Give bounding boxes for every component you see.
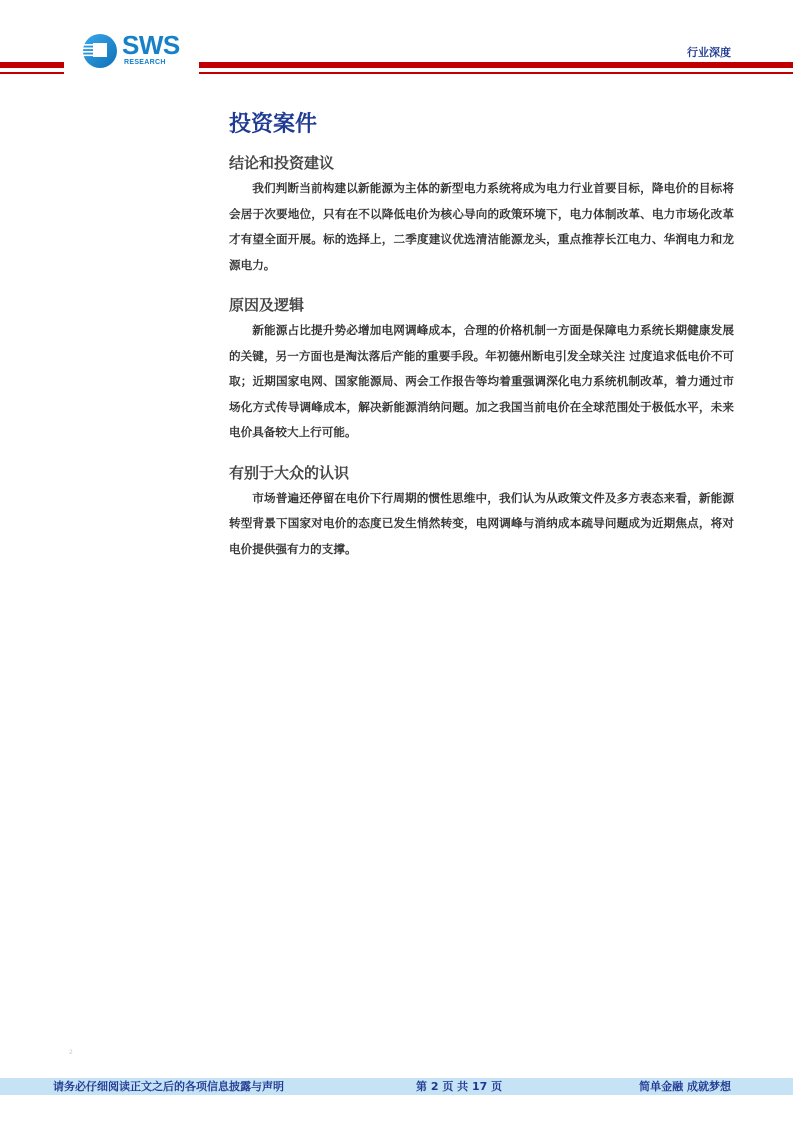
footer-disclaimer: 请务必仔细阅读正文之后的各项信息披露与声明 <box>53 1080 284 1094</box>
logo-subtitle: RESEARCH <box>124 59 166 66</box>
section-title-contrarian-view: 有别于大众的认识 <box>229 460 734 486</box>
report-category-tag: 行业深度 <box>687 44 731 60</box>
page-title: 投资案件 <box>229 108 734 142</box>
header-rule-left-thin <box>0 72 64 74</box>
footer-page-info: 第 2 页 共 17 页 <box>416 1080 502 1094</box>
section-title-conclusion: 结论和投资建议 <box>229 150 734 176</box>
section-title-reasoning: 原因及逻辑 <box>229 292 734 318</box>
footer-slogan: 简单金融 成就梦想 <box>639 1080 731 1094</box>
header-rule-right-thick <box>199 62 793 68</box>
main-content: 投资案件 结论和投资建议 我们判断当前构建以新能源为主体的新型电力系统将成为电力… <box>229 108 734 562</box>
header-rule-left-thick <box>0 62 64 68</box>
section-body-reasoning: 新能源占比提升势必增加电网调峰成本，合理的价格机制一方面是保障电力系统长期健康发… <box>229 318 734 446</box>
section-body-contrarian-view: 市场普遍还停留在电价下行周期的惯性思维中，我们认为从政策文件及多方表态来看，新能… <box>229 486 734 563</box>
header-rule-right-thin <box>199 72 793 74</box>
sws-logo-icon <box>82 33 118 69</box>
section-body-conclusion: 我们判断当前构建以新能源为主体的新型电力系统将成为电力行业首要目标，降电价的目标… <box>229 176 734 278</box>
logo-wordmark: SWS <box>122 31 180 59</box>
page-marker: 2 <box>69 1049 73 1056</box>
sws-research-logo: SWS RESEARCH <box>82 31 186 73</box>
